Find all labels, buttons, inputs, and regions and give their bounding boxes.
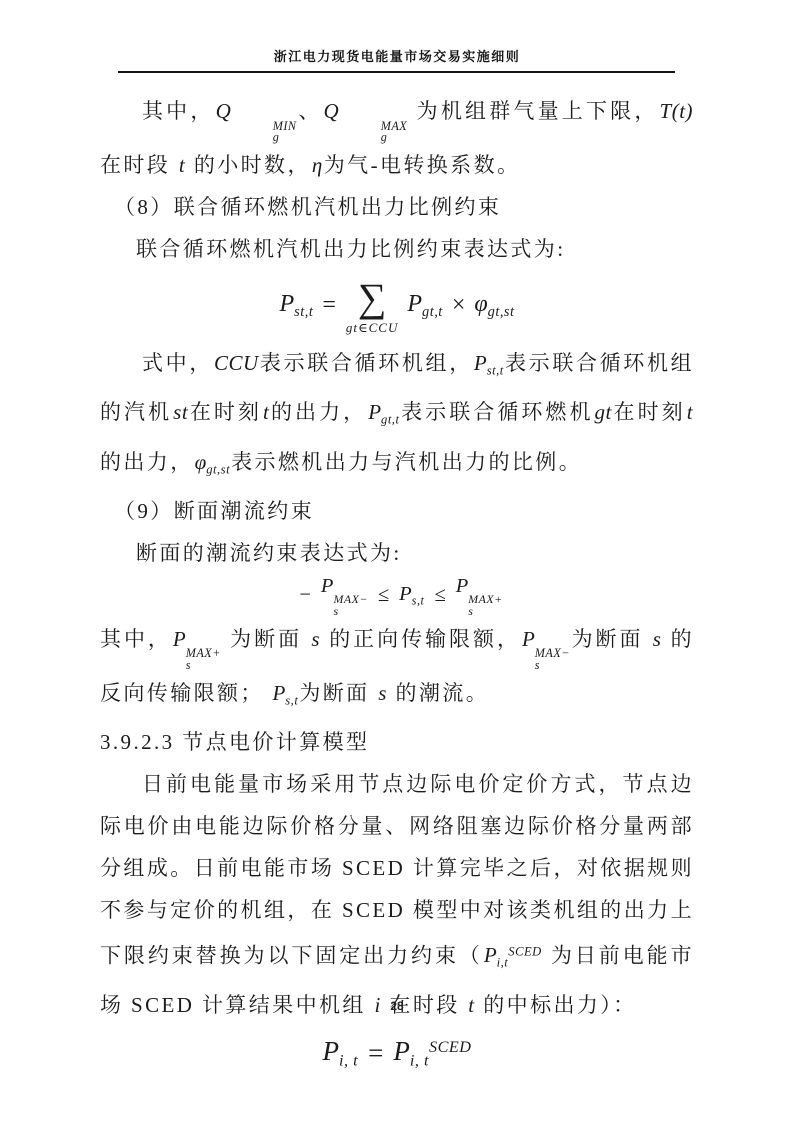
math-T-t: T(t) [659,99,695,123]
math-base: P [456,575,469,597]
math-sup: SCED [508,945,541,959]
math-P-gt-t: Pgt,t [406,291,443,321]
document-page: 浙江电力现货电能量市场交易实施细则 其中，QMINg、QMAXg 为机组群气量上… [0,0,794,1123]
text-run: 为机组群气量上下限， [408,99,658,123]
text-run: 表示联合循环燃机 [400,400,593,424]
math-base: P [484,943,497,967]
math-P-s-t: Ps,t [398,583,425,608]
math-sub: s [535,660,540,672]
text-run: 在时刻 [613,400,686,424]
text-run: 为气-电转换系数。 [324,153,521,177]
less-equal-sign: ≤ [434,584,445,607]
math-sup: MIN [231,121,297,133]
math-sub: gt,t [422,304,443,320]
math-base: P [321,575,334,597]
math-P-st-t: Pst,t [278,291,314,321]
page-content: 其中，QMINg、QMAXg 为机组群气量上下限，T(t)在时段 t 的小时数，… [100,90,694,1080]
math-base: P [279,291,294,317]
math-base: P [399,583,412,605]
math-base: P [407,291,422,317]
heading-constraint-9: （9）断面潮流约束 [100,490,694,532]
heading-constraint-8: （8）联合循环燃机汽机出力比例约束 [100,186,694,228]
text-run: 在时段 [100,153,178,177]
math-sub: i,t [497,956,509,970]
math-base: P [173,627,186,651]
header-divider-rule [118,71,675,73]
math-subsup: MAX+s [186,648,221,671]
math-phi-gt-st: φgt,st [473,291,515,321]
math-s: s [310,627,321,651]
math-sub: g [231,132,280,144]
math-s: s [377,681,388,705]
math-base: φ [474,291,487,317]
math-subsup: MAX+s [468,594,502,617]
math-P-i-t-sced: Pi, tSCED [392,1036,472,1071]
math-P-s-t: Ps,t [271,681,299,705]
text-run: 在时刻 [189,400,262,424]
math-CCU: CCU [213,351,260,375]
math-sub: g [339,132,388,144]
text-run: 的出力， [100,450,194,474]
math-sup: MAX− [333,594,367,605]
math-P-s-max-plus: PMAX+s [455,575,504,617]
formula-fixed-output-constraint: Pi, t=Pi, tSCED [100,1028,694,1080]
math-P-s-max-minus: PMAX−s [521,627,571,651]
math-subsup: MAX−s [535,648,570,671]
text-run: 其中， [100,627,172,651]
text-run: 式中， [142,351,213,375]
math-base: P [393,1036,410,1066]
math-sub: s,t [285,693,298,707]
math-sub: gt,st [206,462,230,476]
document-header-title: 浙江电力现货电能量市场交易实施细则 [0,46,794,65]
text-run: 的小时数， [186,153,311,177]
math-sub: gt,t [381,413,399,427]
less-equal-sign: ≤ [378,584,389,607]
math-sup: MAX+ [468,594,502,605]
formula-section-flow-limit: −PMAX−s≤Ps,t≤PMAX+s [100,574,694,618]
math-sup: MAX+ [186,648,221,660]
paragraph-gas-limits: 其中，QMINg、QMAXg 为机组群气量上下限，T(t)在时段 t 的小时数，… [100,90,694,186]
summation-index: gt∈CCU [346,321,398,334]
formula-ccu-output-ratio: Pst,t=∑gt∈CCUPgt,t×φgt,st [100,270,694,342]
math-sub: st,t [487,363,504,377]
math-sub: s [333,606,338,617]
equals-sign: = [368,1038,383,1069]
math-sub: s [186,660,191,672]
math-st: st [172,400,189,424]
text-run: 的潮流。 [388,681,489,705]
math-base: P [323,1036,340,1066]
page-number: 28 [0,999,794,1013]
math-sub: i, t [339,1052,358,1070]
math-sup: SCED [429,1038,471,1056]
math-gt: gt [594,400,613,424]
text-run: 为断面 [222,627,310,651]
math-base: φ [195,450,207,474]
math-subsup: MAX−s [333,594,367,617]
math-sub: s [468,606,473,617]
math-subsup: MAXg [339,121,408,144]
math-subsup: MINg [231,121,297,144]
math-base: P [522,627,535,651]
math-s: s [652,627,663,651]
text-run: 表示联合循环机组， [260,351,473,375]
math-sub: i, t [410,1052,429,1070]
math-P-i-t-sced: Pi,tSCED [483,943,543,967]
math-sup: MAX− [535,648,570,660]
math-base: Q [216,99,231,123]
math-sub: gt,st [488,304,515,320]
text-run: 为断面 [299,681,377,705]
math-P-gt-t: Pgt,t [367,400,400,424]
text-run: 为断面 [571,627,652,651]
times-sign: × [452,292,466,319]
minus-sign: − [299,584,311,607]
paragraph-flow-lead: 断面的潮流约束表达式为: [100,532,694,574]
summation-operator: ∑gt∈CCU [346,278,398,334]
math-base: P [272,681,285,705]
math-phi-gt-st: φgt,st [194,450,231,474]
math-q-min: QMINg [215,99,298,123]
math-sub: s,t [412,594,425,608]
paragraph-lmp-pricing: 日前电能量市场采用节点边际电价定价方式，节点边际电价由电能边际价格分量、网络阻塞… [100,763,694,1026]
math-q-max: QMAXg [323,99,409,123]
math-base: Q [324,99,339,123]
math-base: P [474,351,487,375]
text-run: 其中， [142,99,215,123]
math-P-st-t: Pst,t [473,351,505,375]
math-sup: MAX [339,121,408,133]
sigma-glyph: ∑ [358,278,387,318]
text-run: 日前电能量市场采用节点边际电价定价方式，节点边际电价由电能边际价格分量、网络阻塞… [100,772,694,967]
paragraph-ccu-explanation: 式中，CCU表示联合循环机组，Pst,t表示联合循环机组的汽机st在时刻t的出力… [100,342,694,490]
math-P-i-t: Pi, t [322,1036,360,1071]
text-run: 的出力， [270,400,367,424]
math-eta: η [311,153,324,177]
math-t: t [686,400,694,424]
math-P-s-max-plus: PMAX+s [172,627,222,651]
paragraph-ccu-lead: 联合循环燃机汽机出力比例约束表达式为: [100,228,694,270]
text-run: 表示燃机出力与汽机出力的比例。 [231,450,582,474]
paragraph-flow-explanation: 其中，PMAX+s 为断面 s 的正向传输限额，PMAX−s为断面 s 的反向传… [100,618,694,721]
text-run: 、 [298,99,323,123]
text-run: 的正向传输限额， [321,627,521,651]
equals-sign: = [322,292,336,319]
math-t: t [178,153,186,177]
math-base: P [368,400,381,424]
heading-lmp-model: 3.9.2.3 节点电价计算模型 [100,721,694,763]
math-sub: st,t [294,304,313,320]
math-P-s-max-minus: PMAX−s [320,575,369,617]
